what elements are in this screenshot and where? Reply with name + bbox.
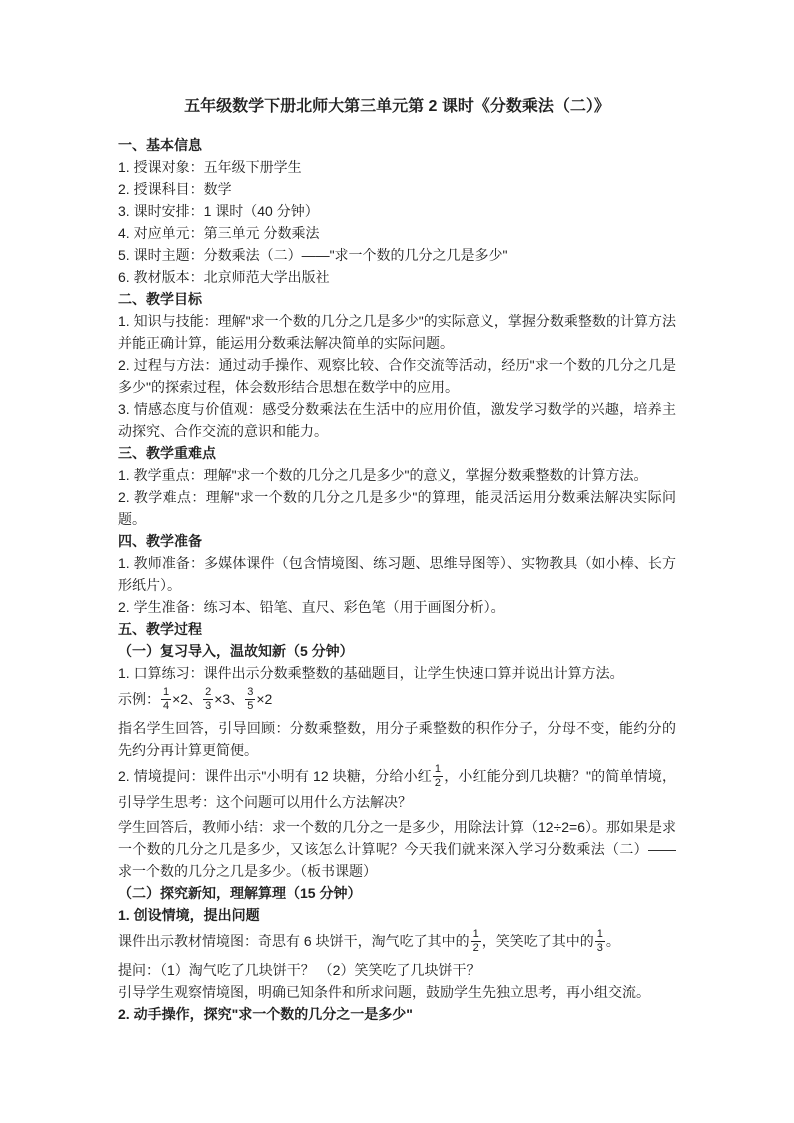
fraction-denominator: 2 <box>433 777 443 790</box>
fraction-numerator: 1 <box>433 763 443 777</box>
fraction: 35 <box>245 686 255 713</box>
paragraph: 示例：14×2、23×3、35×2 <box>118 687 676 714</box>
paragraph: 2. 学生准备：练习本、铅笔、直尺、彩色笔（用于画图分析）。 <box>118 596 676 618</box>
fraction-denominator: 4 <box>161 700 171 713</box>
fraction-denominator: 5 <box>245 700 255 713</box>
document-title: 五年级数学下册北师大第三单元第 2 课时《分数乘法（二）》 <box>118 95 676 119</box>
sub-section-heading: （二）探究新知，理解算理（15 分钟） <box>118 882 676 904</box>
fraction-denominator: 3 <box>595 942 605 955</box>
paragraph: 3. 情感态度与价值观：感受分数乘法在生活中的应用价值，激发学习数学的兴趣，培养… <box>118 398 676 442</box>
section-heading: 二、教学目标 <box>118 288 676 310</box>
paragraph: 2. 授课科目：数学 <box>118 178 676 200</box>
fraction: 12 <box>471 928 481 955</box>
fraction: 13 <box>595 928 605 955</box>
paragraph: 4. 对应单元：第三单元 分数乘法 <box>118 222 676 244</box>
paragraph: 1. 教学重点：理解"求一个数的几分之几是多少"的意义，掌握分数乘整数的计算方法… <box>118 464 676 486</box>
paragraph: 引导学生观察情境图，明确已知条件和所求问题，鼓励学生先独立思考，再小组交流。 <box>118 981 676 1003</box>
paragraph: 课件出示教材情境图：奇思有 6 块饼干，淘气吃了其中的12，笑笑吃了其中的13。 <box>118 929 676 956</box>
paragraph: 1. 授课对象：五年级下册学生 <box>118 156 676 178</box>
document-page: 五年级数学下册北师大第三单元第 2 课时《分数乘法（二）》 一、基本信息1. 授… <box>0 0 794 1123</box>
sub-section-heading: （一）复习导入，温故知新（5 分钟） <box>118 640 676 662</box>
section-heading: 三、教学重难点 <box>118 442 676 464</box>
step-heading: 1. 创设情境，提出问题 <box>118 904 676 926</box>
paragraph: 6. 教材版本：北京师范大学出版社 <box>118 266 676 288</box>
fraction: 12 <box>433 763 443 790</box>
paragraph: 1. 教师准备：多媒体课件（包含情境图、练习题、思维导图等）、实物教具（如小棒、… <box>118 552 676 596</box>
paragraph: 2. 教学难点：理解"求一个数的几分之几是多少"的算理，能灵活运用分数乘法解决实… <box>118 486 676 530</box>
fraction-numerator: 1 <box>595 928 605 942</box>
paragraph: 学生回答后，教师小结：求一个数的几分之一是多少，用除法计算（12÷2=6）。那如… <box>118 816 676 882</box>
paragraph: 2. 过程与方法：通过动手操作、观察比较、合作交流等活动，经历"求一个数的几分之… <box>118 354 676 398</box>
fraction-numerator: 2 <box>203 686 213 700</box>
section-heading: 四、教学准备 <box>118 530 676 552</box>
paragraph: 指名学生回答，引导回顾：分数乘整数，用分子乘整数的积作分子，分母不变，能约分的先… <box>118 717 676 761</box>
paragraph: 1. 口算练习：课件出示分数乘整数的基础题目，让学生快速口算并说出计算方法。 <box>118 662 676 684</box>
fraction: 14 <box>161 686 171 713</box>
section-heading: 五、教学过程 <box>118 618 676 640</box>
step-heading: 2. 动手操作，探究"求一个数的几分之一是多少" <box>118 1003 676 1025</box>
fraction-numerator: 1 <box>161 686 171 700</box>
paragraph: 1. 知识与技能：理解"求一个数的几分之几是多少"的实际意义，掌握分数乘整数的计… <box>118 310 676 354</box>
fraction-numerator: 3 <box>245 686 255 700</box>
paragraph: 3. 课时安排：1 课时（40 分钟） <box>118 200 676 222</box>
paragraph: 提问：（1）淘气吃了几块饼干？ （2）笑笑吃了几块饼干？ <box>118 959 676 981</box>
fraction-denominator: 3 <box>203 700 213 713</box>
paragraph: 2. 情境提问：课件出示"小明有 12 块糖，分给小红12，小红能分到几块糖？"… <box>118 764 676 813</box>
paragraph: 5. 课时主题：分数乘法（二）——"求一个数的几分之几是多少" <box>118 244 676 266</box>
document-body: 一、基本信息1. 授课对象：五年级下册学生2. 授课科目：数学3. 课时安排：1… <box>118 134 676 1025</box>
fraction: 23 <box>203 686 213 713</box>
section-heading: 一、基本信息 <box>118 134 676 156</box>
fraction-numerator: 1 <box>471 928 481 942</box>
fraction-denominator: 2 <box>471 942 481 955</box>
